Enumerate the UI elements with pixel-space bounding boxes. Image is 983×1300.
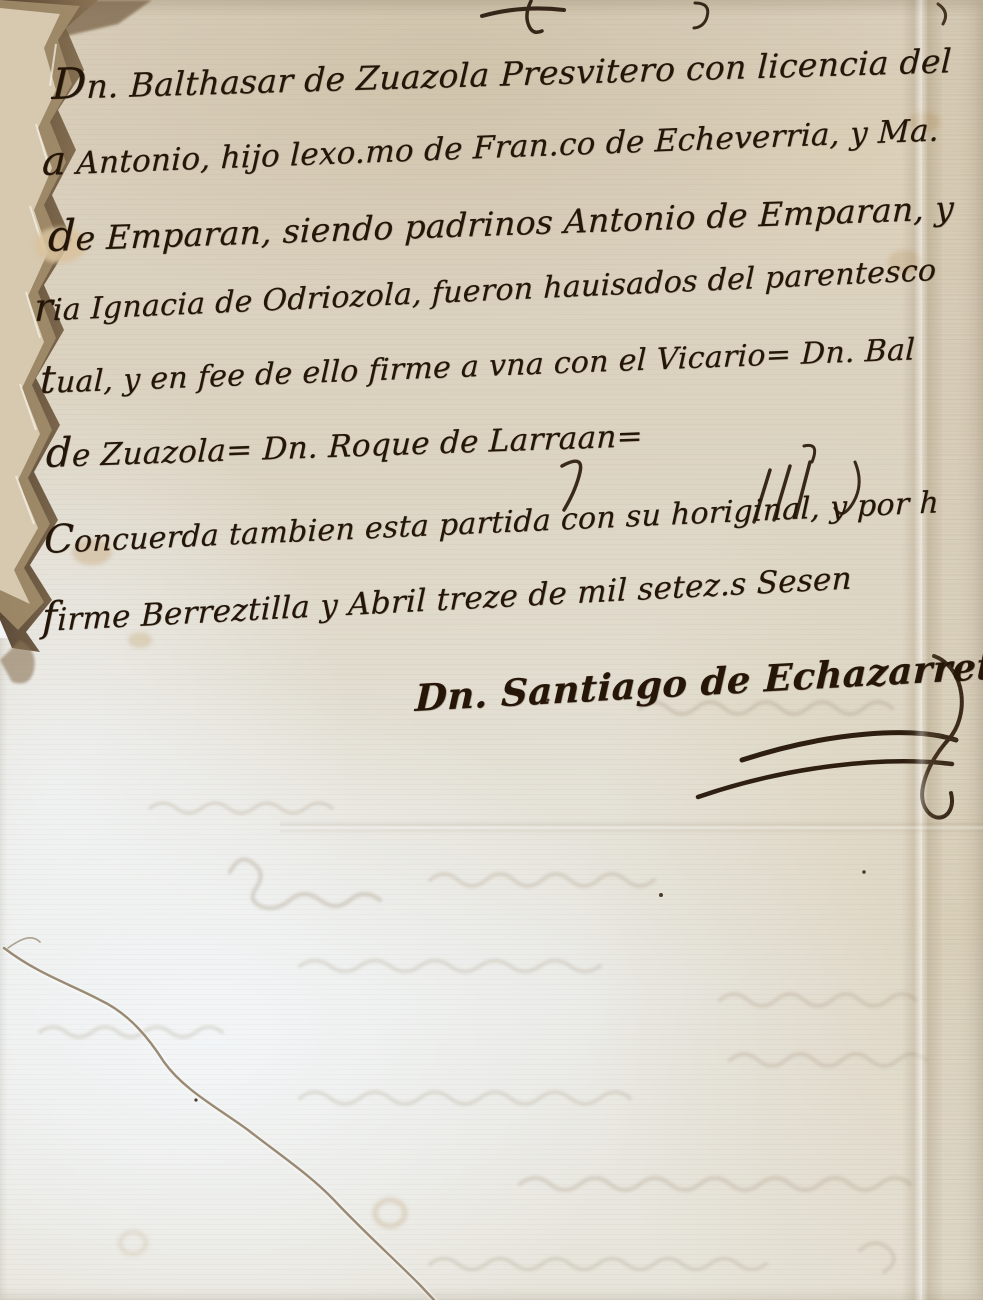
manuscript-line-8: firme Berreztilla y Abril treze de mil s… — [42, 552, 853, 642]
manuscript-line-1: Dn. Balthasar de Zuazola Presvitero con … — [51, 33, 953, 110]
manuscript-line-7: Concuerda tambien esta partida con su ho… — [43, 477, 939, 563]
manuscript-text: Dn. Balthasar de Zuazola Presvitero con … — [0, 0, 983, 1300]
manuscript-line-2: a Antonio, hijo lexo.mo de Fran.co de Ec… — [41, 103, 940, 185]
manuscript-page: Dn. Balthasar de Zuazola Presvitero con … — [0, 0, 983, 1300]
manuscript-line-6: de Zuazola= Dn. Roque de Larraan= — [45, 409, 644, 477]
signature: Dn. Santiago de Echazarreta — [414, 642, 983, 720]
manuscript-line-5: tual, y en fee de ello firme a vna con e… — [39, 324, 916, 403]
manuscript-line-4: ria Ignacia de Odriozola, fueron hauisad… — [33, 245, 936, 331]
